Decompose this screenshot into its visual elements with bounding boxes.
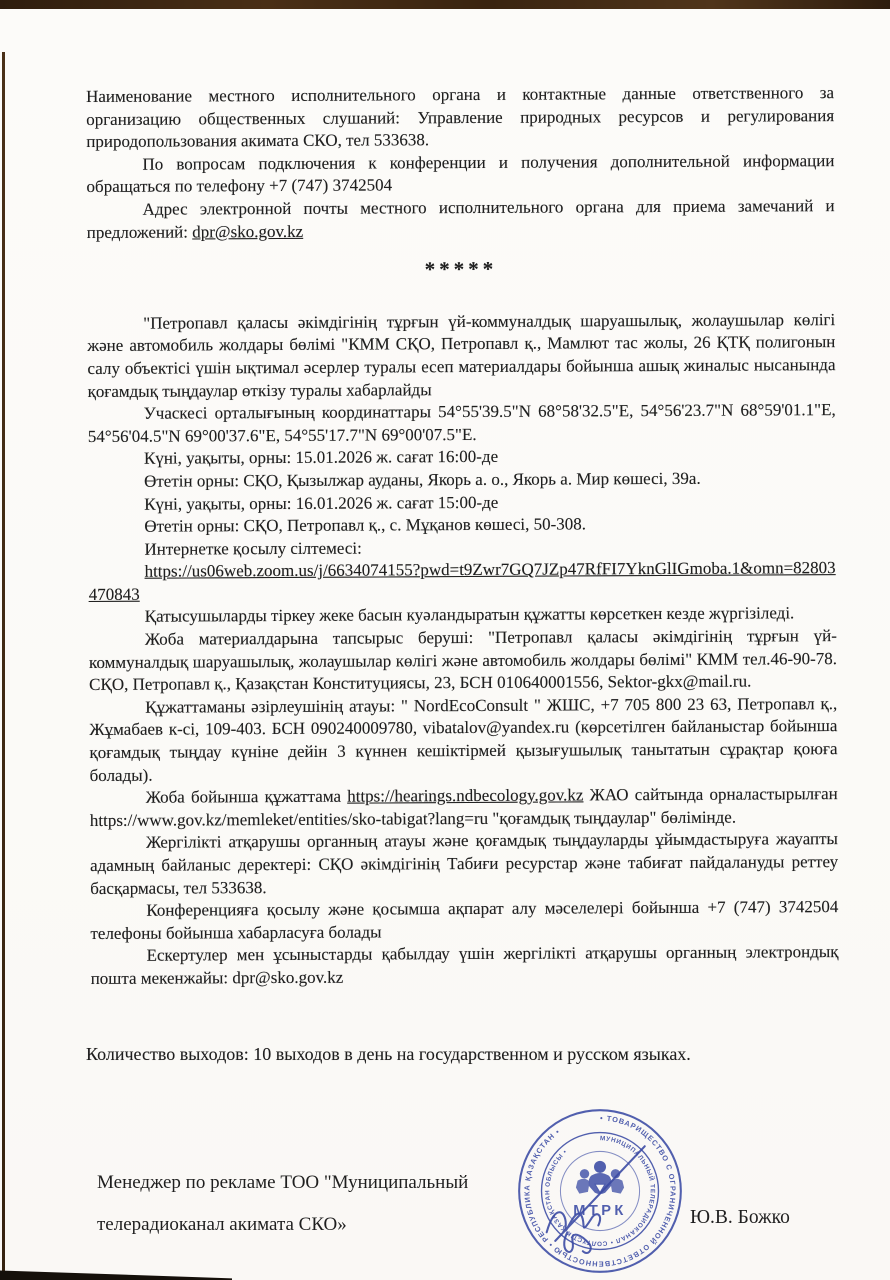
- asterisk-separator: *****: [87, 256, 835, 283]
- paragraph-remarks-email: Ескертулер мен ұсыныстарды қабылдау үшін…: [90, 941, 838, 990]
- stamp-emblem: [576, 1161, 624, 1194]
- scan-bottom-edge: [0, 1266, 232, 1280]
- outputs-count-line: Количество выходов: 10 выходов в день на…: [86, 1044, 846, 1065]
- paragraph-conference-info: По вопросам подключения к конференции и …: [86, 150, 834, 199]
- hearings-url-link[interactable]: https://hearings.ndbecology.gov.kz: [347, 786, 583, 806]
- paragraph-org-contact: Наименование местного исполнительного ор…: [86, 82, 834, 154]
- round-seal-stamp: • ТОВАРИЩЕСТВО С ОГРАНИЧЕННОЙ ОТВЕТСТВЕН…: [514, 1102, 686, 1280]
- paragraph-developer: Құжаттаманы әзірлеушінің атауы: " NordEc…: [89, 693, 837, 787]
- paragraph-conference-phone: Конференцияға қосылу және қосымша ақпара…: [90, 896, 838, 945]
- manager-title-line-1: Менеджер по рекламе ТОО "Муниципальный: [97, 1172, 468, 1194]
- paragraph-customer: Жоба материалдарына тапсырыс беруші: "Пе…: [89, 625, 837, 697]
- email-link[interactable]: dpr@sko.gov.kz: [192, 221, 303, 241]
- documentation-prefix: Жоба бойынша құжаттама: [146, 787, 348, 807]
- paragraph-announcement-kz: "Петропавл қаласы әкімдігінің тұрғын үй-…: [87, 309, 835, 403]
- paragraph-local-authority: Жергілікті атқарушы органның атауы және …: [90, 828, 838, 900]
- manager-title-line-2: телерадиоканал акимата СКО»: [97, 1214, 347, 1236]
- paragraph-documentation: Жоба бойынша құжаттама https://hearings.…: [90, 783, 838, 832]
- document-body: Наименование местного исполнительного ор…: [86, 82, 839, 990]
- zoom-conference-link: https://us06web.zoom.us/j/6634074155?pwd…: [88, 557, 836, 606]
- paragraph-email-address: Адрес электронной почты местного исполни…: [87, 195, 835, 244]
- scan-left-edge: [2, 52, 5, 1280]
- paragraph-coordinates: Учаскесі орталығының координаттары 54°55…: [88, 399, 836, 448]
- scan-top-edge: [0, 0, 890, 9]
- signer-name: Ю.В. Божко: [690, 1207, 790, 1229]
- zoom-url-link[interactable]: https://us06web.zoom.us/j/6634074155?pwd…: [89, 558, 836, 604]
